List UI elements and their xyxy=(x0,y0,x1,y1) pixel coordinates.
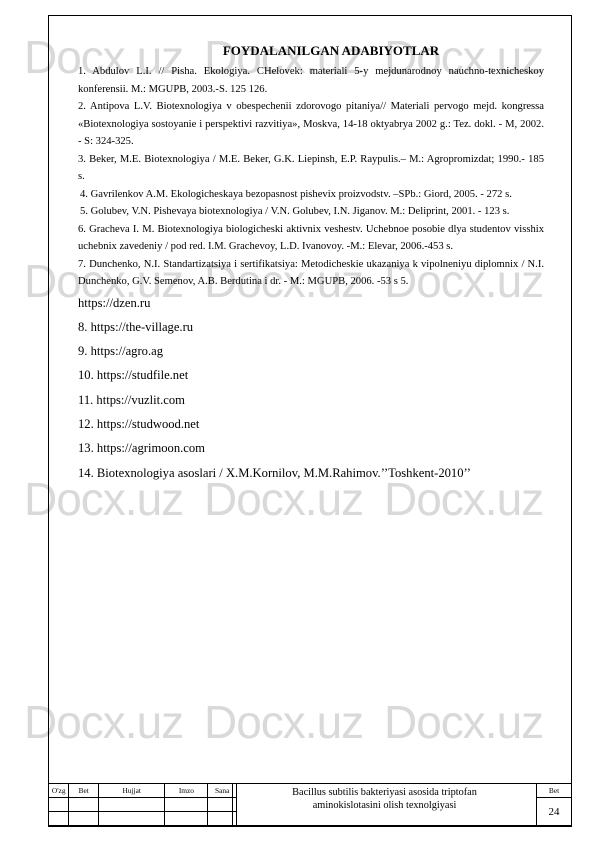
cell xyxy=(69,798,99,812)
reference-item: 6. Gracheva I. M. Biotexnologiya biologi… xyxy=(78,221,544,256)
document-body: FOYDALANILGAN ADABIYOTLAR 1. Abdulov L.I… xyxy=(78,43,544,485)
cell xyxy=(165,798,208,812)
link-item: 9. https://agro.ag xyxy=(78,339,544,363)
document-title-cell: Bacillus subtilis bakteriyasi asosida tr… xyxy=(233,784,537,827)
header-bet: Bet xyxy=(69,784,99,798)
reference-item: 3. Beker, M.E. Biotexnologiya / M.E. Bek… xyxy=(78,151,544,186)
page-title: FOYDALANILGAN ADABIYOTLAR xyxy=(118,43,544,59)
link-list: https://dzen.ru8. https://the-village.ru… xyxy=(78,291,544,485)
title-block: Bacillus subtilis bakteriyasi asosida tr… xyxy=(232,783,572,827)
link-item: 13. https://agrimoon.com xyxy=(78,436,544,460)
document-title-line1: Bacillus subtilis bakteriyasi asosida tr… xyxy=(233,786,536,799)
link-item: 8. https://the-village.ru xyxy=(78,315,544,339)
reference-item: 2. Antipova L.V. Biotexnologiya v obespe… xyxy=(78,98,544,151)
page-number: 24 xyxy=(537,798,572,827)
revision-table: O'zg Bet Hujjat Imzo Sana xyxy=(48,783,237,827)
link-item: https://dzen.ru xyxy=(78,291,544,315)
cell xyxy=(99,798,165,812)
cell xyxy=(165,812,208,827)
link-item: 14. Biotexnologiya asoslari / X.M.Kornil… xyxy=(78,461,544,485)
reference-item: 1. Abdulov L.I. // Pisha. Ekologiya. CHe… xyxy=(78,63,544,98)
header-hujjat: Hujjat xyxy=(99,784,165,798)
link-item: 10. https://studfile.net xyxy=(78,363,544,387)
cell xyxy=(49,798,69,812)
page-label: Bet xyxy=(537,784,572,798)
reference-item: 4. Gavrilenkov A.M. Ekologicheskaya bezo… xyxy=(78,186,544,204)
cell xyxy=(69,812,99,827)
reference-item: 7. Dunchenko, N.I. Standartizatsiya i se… xyxy=(78,256,544,291)
reference-item: 5. Golubev, V.N. Pishevaya biotexnologiy… xyxy=(78,203,544,221)
header-imzo: Imzo xyxy=(165,784,208,798)
header-ozg: O'zg xyxy=(49,784,69,798)
link-item: 11. https://vuzlit.com xyxy=(78,388,544,412)
cell xyxy=(49,812,69,827)
link-item: 12. https://studwood.net xyxy=(78,412,544,436)
document-title-line2: aminokislotasini olish texnolgiyasi xyxy=(233,799,536,812)
cell xyxy=(99,812,165,827)
reference-list: 1. Abdulov L.I. // Pisha. Ekologiya. CHe… xyxy=(78,63,544,291)
